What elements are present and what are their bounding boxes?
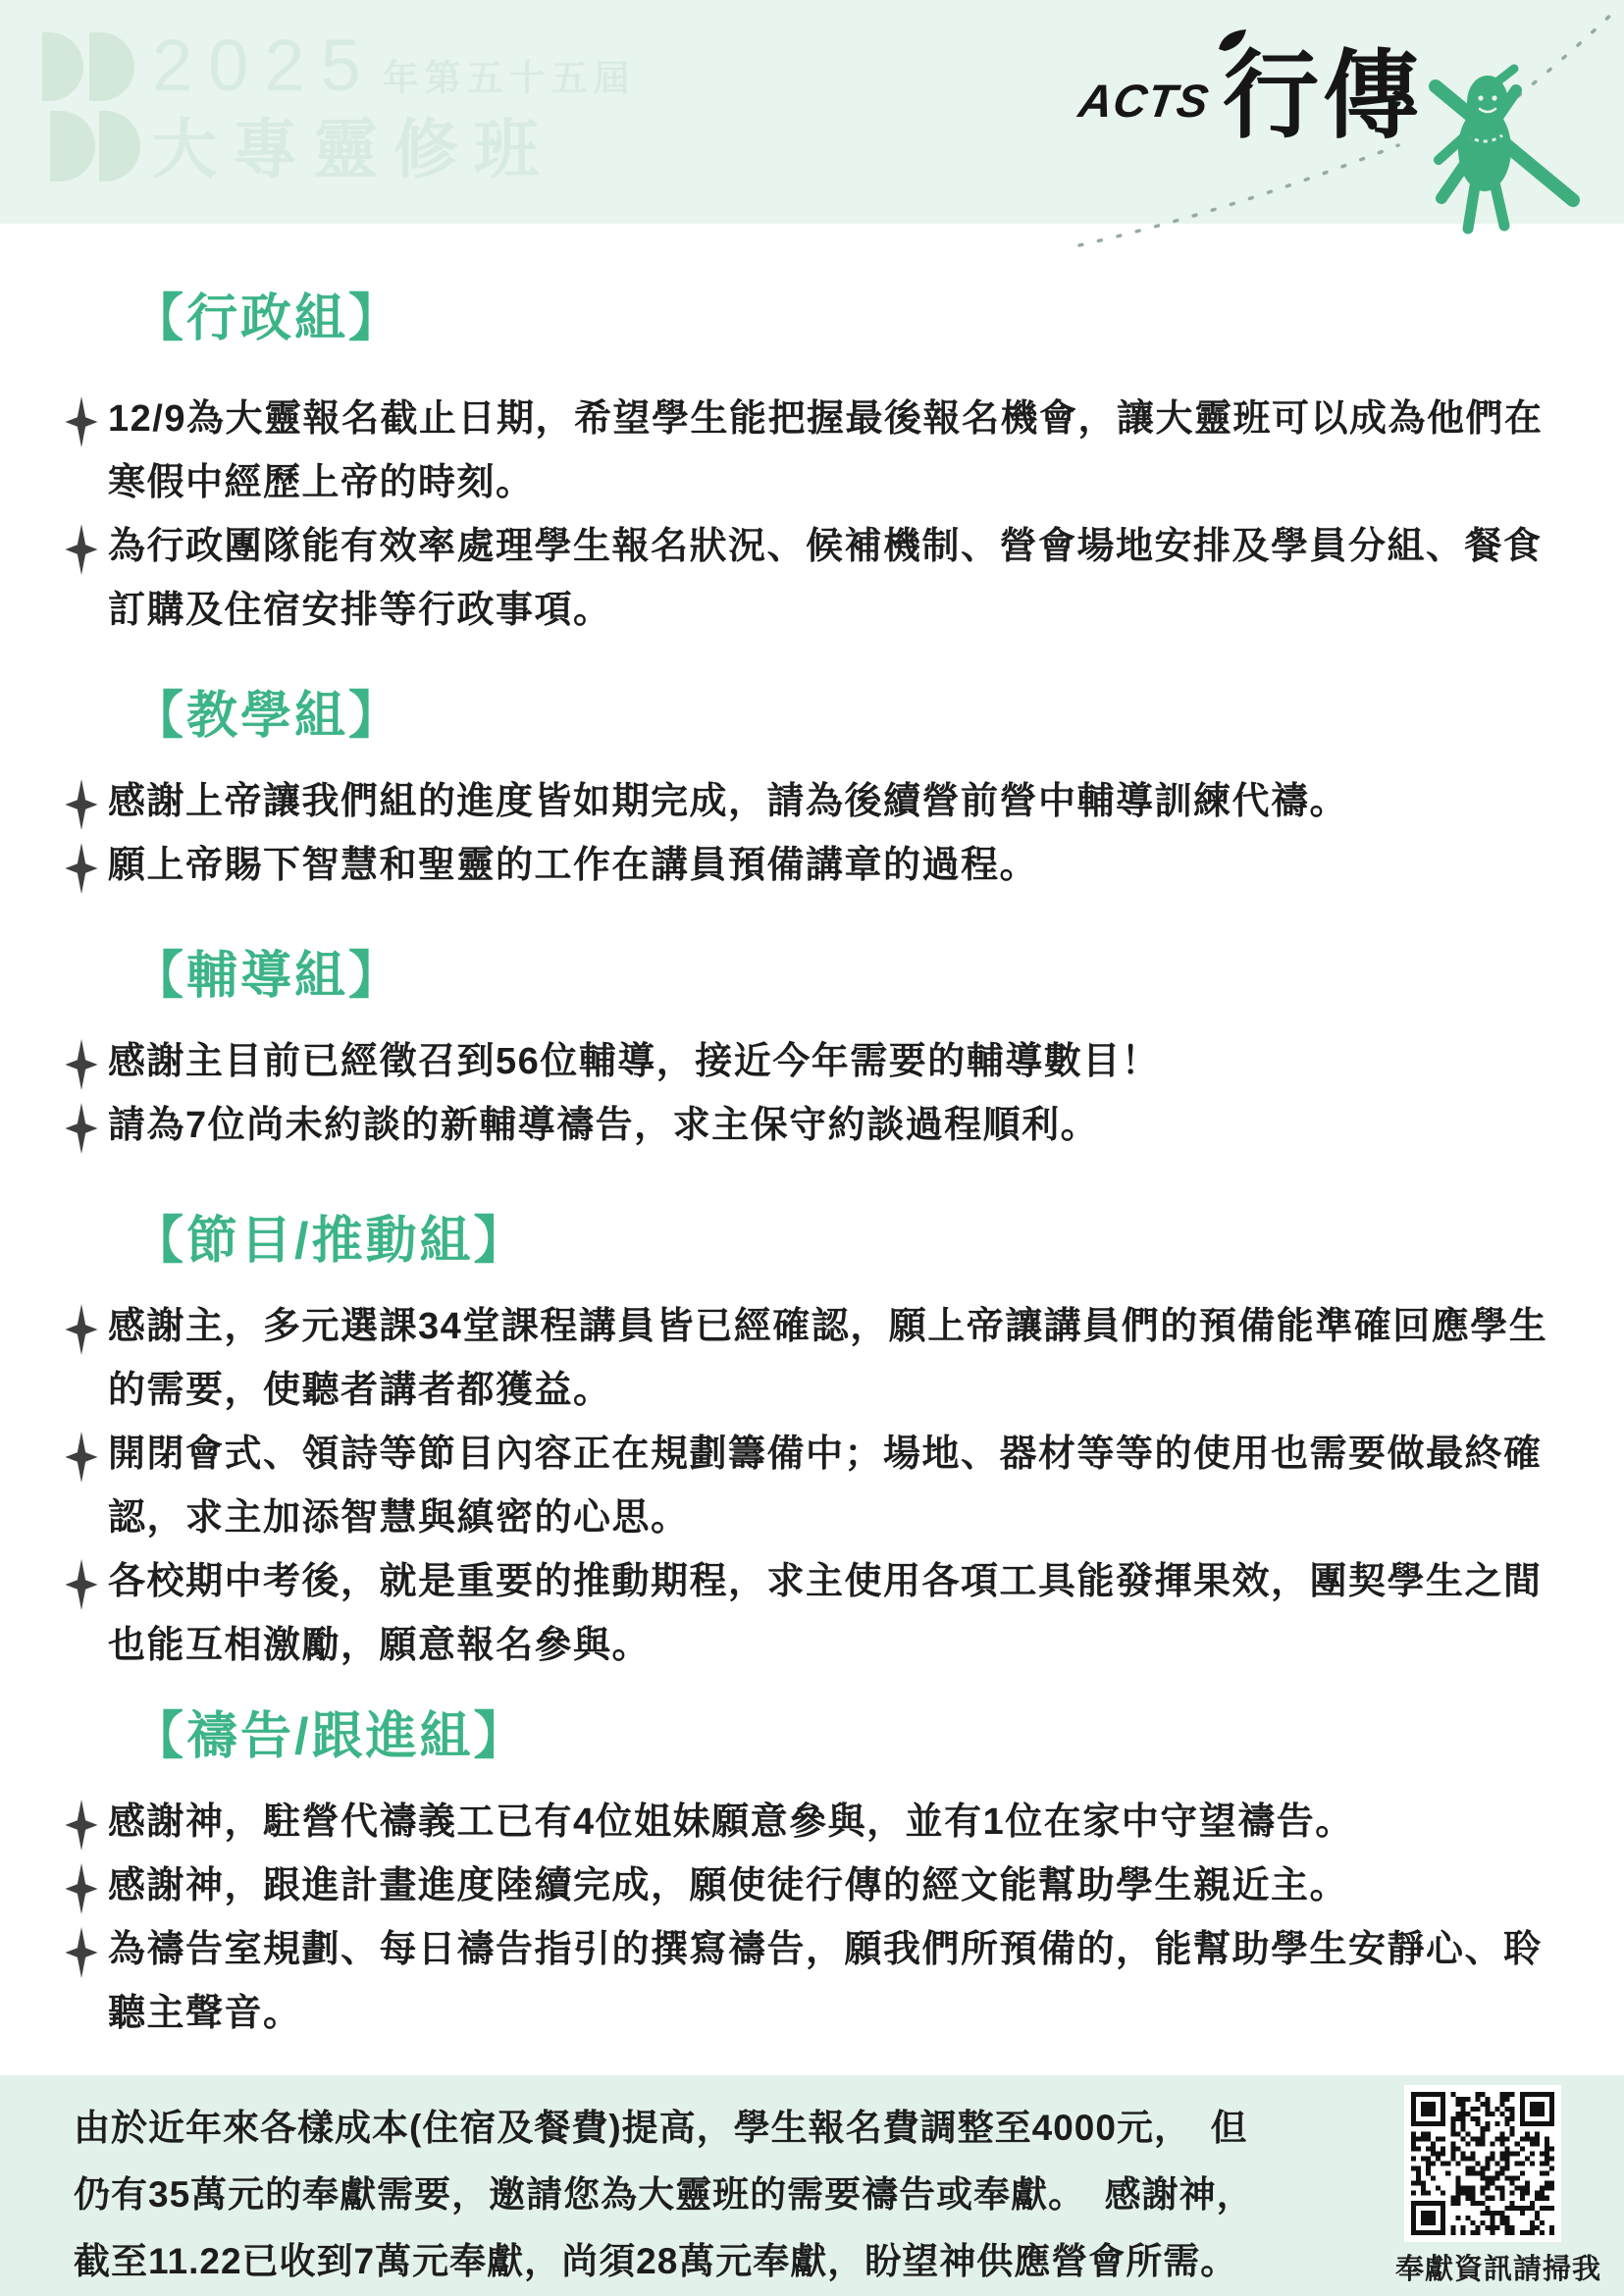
section-title: 【教學組】 <box>132 687 1565 746</box>
section-prayer: 【禱告/跟進組】 感謝神，駐營代禱義工已有4位姐妹願意參與，並有1位在家中守望禱… <box>54 1707 1565 2046</box>
bullet-item: 12/9為大靈報名截止日期，希望學生能把握最後報名機會，讓大靈班可以成為他們在寒… <box>54 388 1565 515</box>
footer: 由於近年來各樣成本(住宿及餐費)提高，學生報名費調整至4000元， 但 仍有35… <box>0 2075 1624 2296</box>
sparkle-icon <box>54 1918 108 2046</box>
section-admin: 【行政組】 12/9為大靈報名截止日期，希望學生能把握最後報名機會，讓大靈班可以… <box>54 289 1565 643</box>
section-teaching: 【教學組】 感謝上帝讓我們組的進度皆如期完成，請為後續營前營中輔導訓練代禱。 願… <box>54 687 1565 898</box>
logo-year: 2025 <box>152 27 377 104</box>
bullet-item: 感謝神，駐營代禱義工已有4位姐妹願意參與，並有1位在家中守望禱告。 <box>54 1791 1565 1854</box>
newsletter-page: 2025 年第五十五屆 大專靈修班 ACTS 行傳 <box>0 0 1624 2296</box>
sparkle-icon <box>54 1854 108 1918</box>
bullet-text: 開閉會式、領詩等節目內容正在規劃籌備中；場地、器材等等的使用也需要做最終確認，求… <box>108 1423 1565 1550</box>
sparkle-icon <box>54 770 108 834</box>
footer-line: 截至11.22已收到7萬元奉獻，尚須28萬元奉獻，盼望神供應營會所需。 <box>74 2228 1624 2295</box>
section-title: 【禱告/跟進組】 <box>132 1707 1565 1766</box>
section-title: 【節目/推動組】 <box>132 1212 1565 1271</box>
bullet-item: 感謝主目前已經徵召到56位輔導，接近今年需要的輔導數目！ <box>54 1030 1565 1094</box>
sparkle-icon <box>54 388 108 515</box>
bullet-item: 各校期中考後，就是重要的推動期程，求主使用各項工具能發揮果效，團契學生之間也能互… <box>54 1550 1565 1678</box>
bullet-text: 為禱告室規劃、每日禱告指引的撰寫禱告，願我們所預備的，能幫助學生安靜心、聆聽主聲… <box>108 1918 1565 2046</box>
bullet-text: 感謝主目前已經徵召到56位輔導，接近今年需要的輔導數目！ <box>108 1030 1565 1094</box>
qr-caption: 奉獻資訊請掃我 <box>1395 2247 1570 2287</box>
banner: 2025 年第五十五屆 大專靈修班 ACTS 行傳 <box>0 0 1624 224</box>
acts-cjk: 行傳 <box>1223 41 1423 149</box>
qr-code-icon <box>1404 2085 1561 2242</box>
bullet-text: 各校期中考後，就是重要的推動期程，求主使用各項工具能發揮果效，團契學生之間也能互… <box>108 1550 1565 1678</box>
bullet-item: 為行政團隊能有效率處理學生報名狀況、候補機制、營會場地安排及學員分組、餐食訂購及… <box>54 515 1565 643</box>
sparkle-icon <box>54 515 108 643</box>
section-title: 【行政組】 <box>132 289 1565 348</box>
logo-name: 大專靈修班 <box>152 114 636 184</box>
donation-note: 由於近年來各樣成本(住宿及餐費)提高，學生報名費調整至4000元， 但 仍有35… <box>74 2095 1624 2295</box>
sparkle-icon <box>54 834 108 898</box>
bullet-text: 12/9為大靈報名截止日期，希望學生能把握最後報名機會，讓大靈班可以成為他們在寒… <box>108 388 1565 515</box>
donation-qr: 奉獻資訊請掃我 <box>1395 2085 1570 2287</box>
sparkle-icon <box>54 1550 108 1678</box>
footer-line: 由於近年來各樣成本(住宿及餐費)提高，學生報名費調整至4000元， 但 <box>74 2095 1624 2162</box>
dotted-trail-icon <box>1079 145 1398 245</box>
sparkle-icon <box>54 1094 108 1158</box>
logo-edition: 年第五十五屆 <box>383 48 636 101</box>
sparkle-icon <box>54 1423 108 1550</box>
bb-logo-icon <box>42 32 140 184</box>
bullet-text: 感謝上帝讓我們組的進度皆如期完成，請為後續營前營中輔導訓練代禱。 <box>108 770 1565 834</box>
bullet-item: 感謝上帝讓我們組的進度皆如期完成，請為後續營前營中輔導訓練代禱。 <box>54 770 1565 834</box>
section-program: 【節目/推動組】 感謝主，多元選課34堂課程講員皆已經確認，願上帝讓講員們的預備… <box>54 1212 1565 1678</box>
bullet-text: 願上帝賜下智慧和聖靈的工作在講員預備講章的過程。 <box>108 834 1565 898</box>
footer-line: 仍有35萬元的奉獻需要，邀請您為大靈班的需要禱告或奉獻。 感謝神， <box>74 2162 1624 2228</box>
bullet-item: 開閉會式、領詩等節目內容正在規劃籌備中；場地、器材等等的使用也需要做最終確認，求… <box>54 1423 1565 1550</box>
bullet-item: 請為7位尚未約談的新輔導禱告，求主保守約談過程順利。 <box>54 1094 1565 1158</box>
acts-latin: ACTS <box>1075 74 1213 128</box>
section-title: 【輔導組】 <box>132 947 1565 1006</box>
section-counseling: 【輔導組】 感謝主目前已經徵召到56位輔導，接近今年需要的輔導數目！ 請為7位尚… <box>54 947 1565 1158</box>
bullet-item: 感謝神，跟進計畫進度陸續完成，願使徒行傳的經文能幫助學生親近主。 <box>54 1854 1565 1918</box>
bullet-text: 感謝神，駐營代禱義工已有4位姐妹願意參與，並有1位在家中守望禱告。 <box>108 1791 1565 1854</box>
sparkle-icon <box>54 1295 108 1423</box>
bullet-text: 請為7位尚未約談的新輔導禱告，求主保守約談過程順利。 <box>108 1094 1565 1158</box>
leaf-icon <box>1217 27 1250 53</box>
bullet-item: 為禱告室規劃、每日禱告指引的撰寫禱告，願我們所預備的，能幫助學生安靜心、聆聽主聲… <box>54 1918 1565 2046</box>
camp-logo: 2025 年第五十五屆 大專靈修班 <box>152 27 636 184</box>
acts-wordmark: ACTS 行傳 <box>1079 47 1423 143</box>
bullet-item: 感謝主，多元選課34堂課程講員皆已經確認，願上帝讓講員們的預備能準確回應學生的需… <box>54 1295 1565 1423</box>
bullet-text: 感謝神，跟進計畫進度陸續完成，願使徒行傳的經文能幫助學生親近主。 <box>108 1854 1565 1918</box>
sparkle-icon <box>54 1791 108 1854</box>
bullet-text: 為行政團隊能有效率處理學生報名狀況、候補機制、營會場地安排及學員分組、餐食訂購及… <box>108 515 1565 643</box>
prayer-sections: 【行政組】 12/9為大靈報名截止日期，希望學生能把握最後報名機會，讓大靈班可以… <box>0 0 1624 2046</box>
sparkle-icon <box>54 1030 108 1094</box>
bullet-text: 感謝主，多元選課34堂課程講員皆已經確認，願上帝讓講員們的預備能準確回應學生的需… <box>108 1295 1565 1423</box>
bullet-item: 願上帝賜下智慧和聖靈的工作在講員預備講章的過程。 <box>54 834 1565 898</box>
